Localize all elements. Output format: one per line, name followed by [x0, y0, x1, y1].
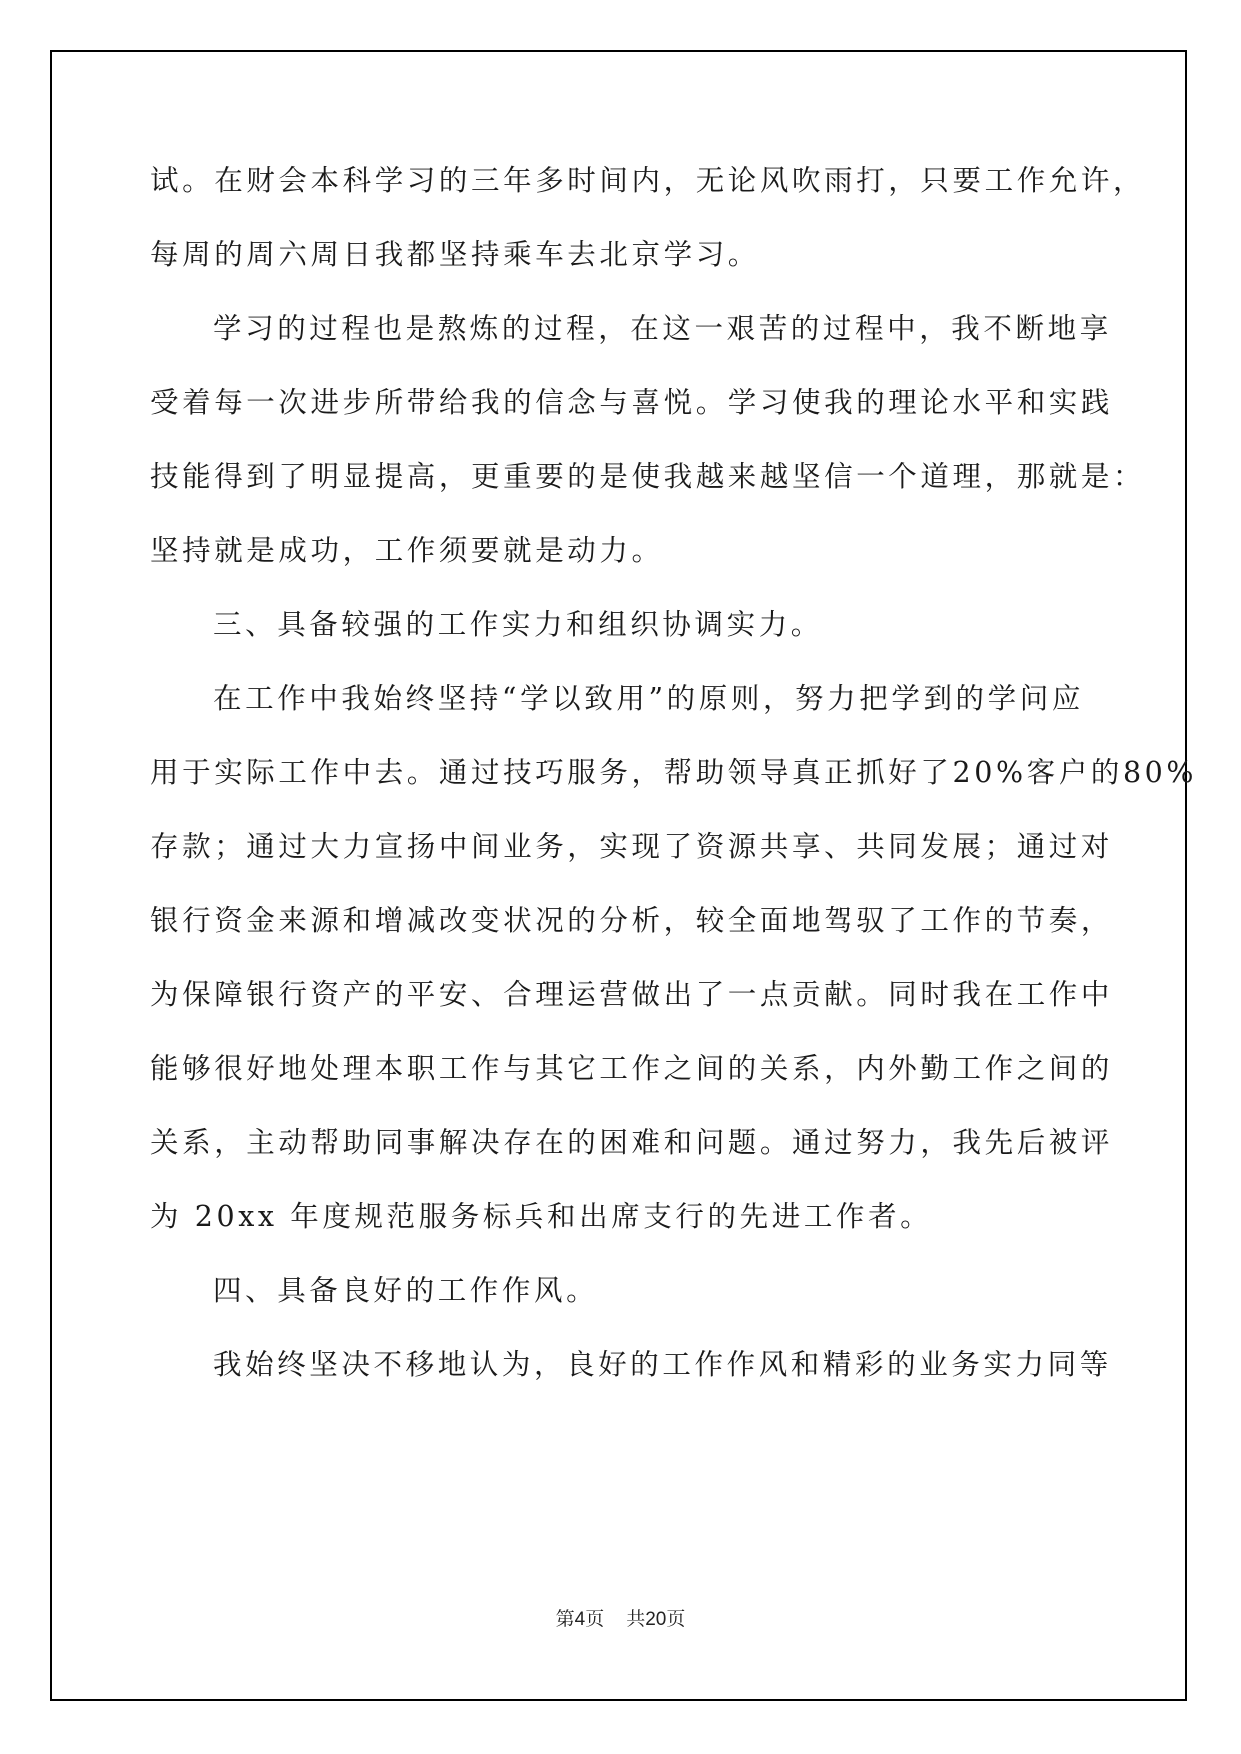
text-line: 受着每一次进步所带给我的信念与喜悦。学习使我的理论水平和实践	[150, 366, 1090, 440]
text-line: 在工作中我始终坚持“学以致用”的原则，努力把学到的学问应	[150, 662, 1090, 736]
text-line: 为保障银行资产的平安、合理运营做出了一点贡献。同时我在工作中	[150, 958, 1090, 1032]
page-prefix: 第	[556, 1609, 575, 1630]
text-line: 技能得到了明显提高，更重要的是使我越来越坚信一个道理，那就是：	[150, 440, 1090, 514]
text-line: 试。在财会本科学习的三年多时间内，无论风吹雨打，只要工作允许，	[150, 144, 1090, 218]
text-line: 每周的周六周日我都坚持乘车去北京学习。	[150, 218, 1090, 292]
page-suffix: 页	[585, 1609, 604, 1630]
text-line: 为 20xx 年度规范服务标兵和出席支行的先进工作者。	[150, 1180, 1090, 1254]
text-line: 坚持就是成功，工作须要就是动力。	[150, 514, 1090, 588]
section-heading: 四、具备良好的工作作风。	[150, 1254, 1090, 1328]
text-line: 用于实际工作中去。通过技巧服务，帮助领导真正抓好了20%客户的80%	[150, 736, 1090, 810]
document-body: 试。在财会本科学习的三年多时间内，无论风吹雨打，只要工作允许， 每周的周六周日我…	[150, 144, 1090, 1402]
text-line: 学习的过程也是熬炼的过程，在这一艰苦的过程中，我不断地享	[150, 292, 1090, 366]
text-line: 存款；通过大力宣扬中间业务，实现了资源共享、共同发展；通过对	[150, 810, 1090, 884]
text-line: 关系，主动帮助同事解决存在的困难和问题。通过努力，我先后被评	[150, 1106, 1090, 1180]
total-suffix: 页	[666, 1609, 685, 1630]
total-pages: 20	[645, 1609, 666, 1630]
text-line: 银行资金来源和增减改变状况的分析，较全面地驾驭了工作的节奏，	[150, 884, 1090, 958]
section-heading: 三、具备较强的工作实力和组织协调实力。	[150, 588, 1090, 662]
text-line: 我始终坚决不移地认为，良好的工作作风和精彩的业务实力同等	[150, 1328, 1090, 1402]
page-footer: 第4页共20页	[0, 1604, 1241, 1631]
text-line: 能够很好地处理本职工作与其它工作之间的关系，内外勤工作之间的	[150, 1032, 1090, 1106]
total-prefix: 共	[626, 1609, 645, 1630]
page-number: 4	[575, 1609, 586, 1630]
